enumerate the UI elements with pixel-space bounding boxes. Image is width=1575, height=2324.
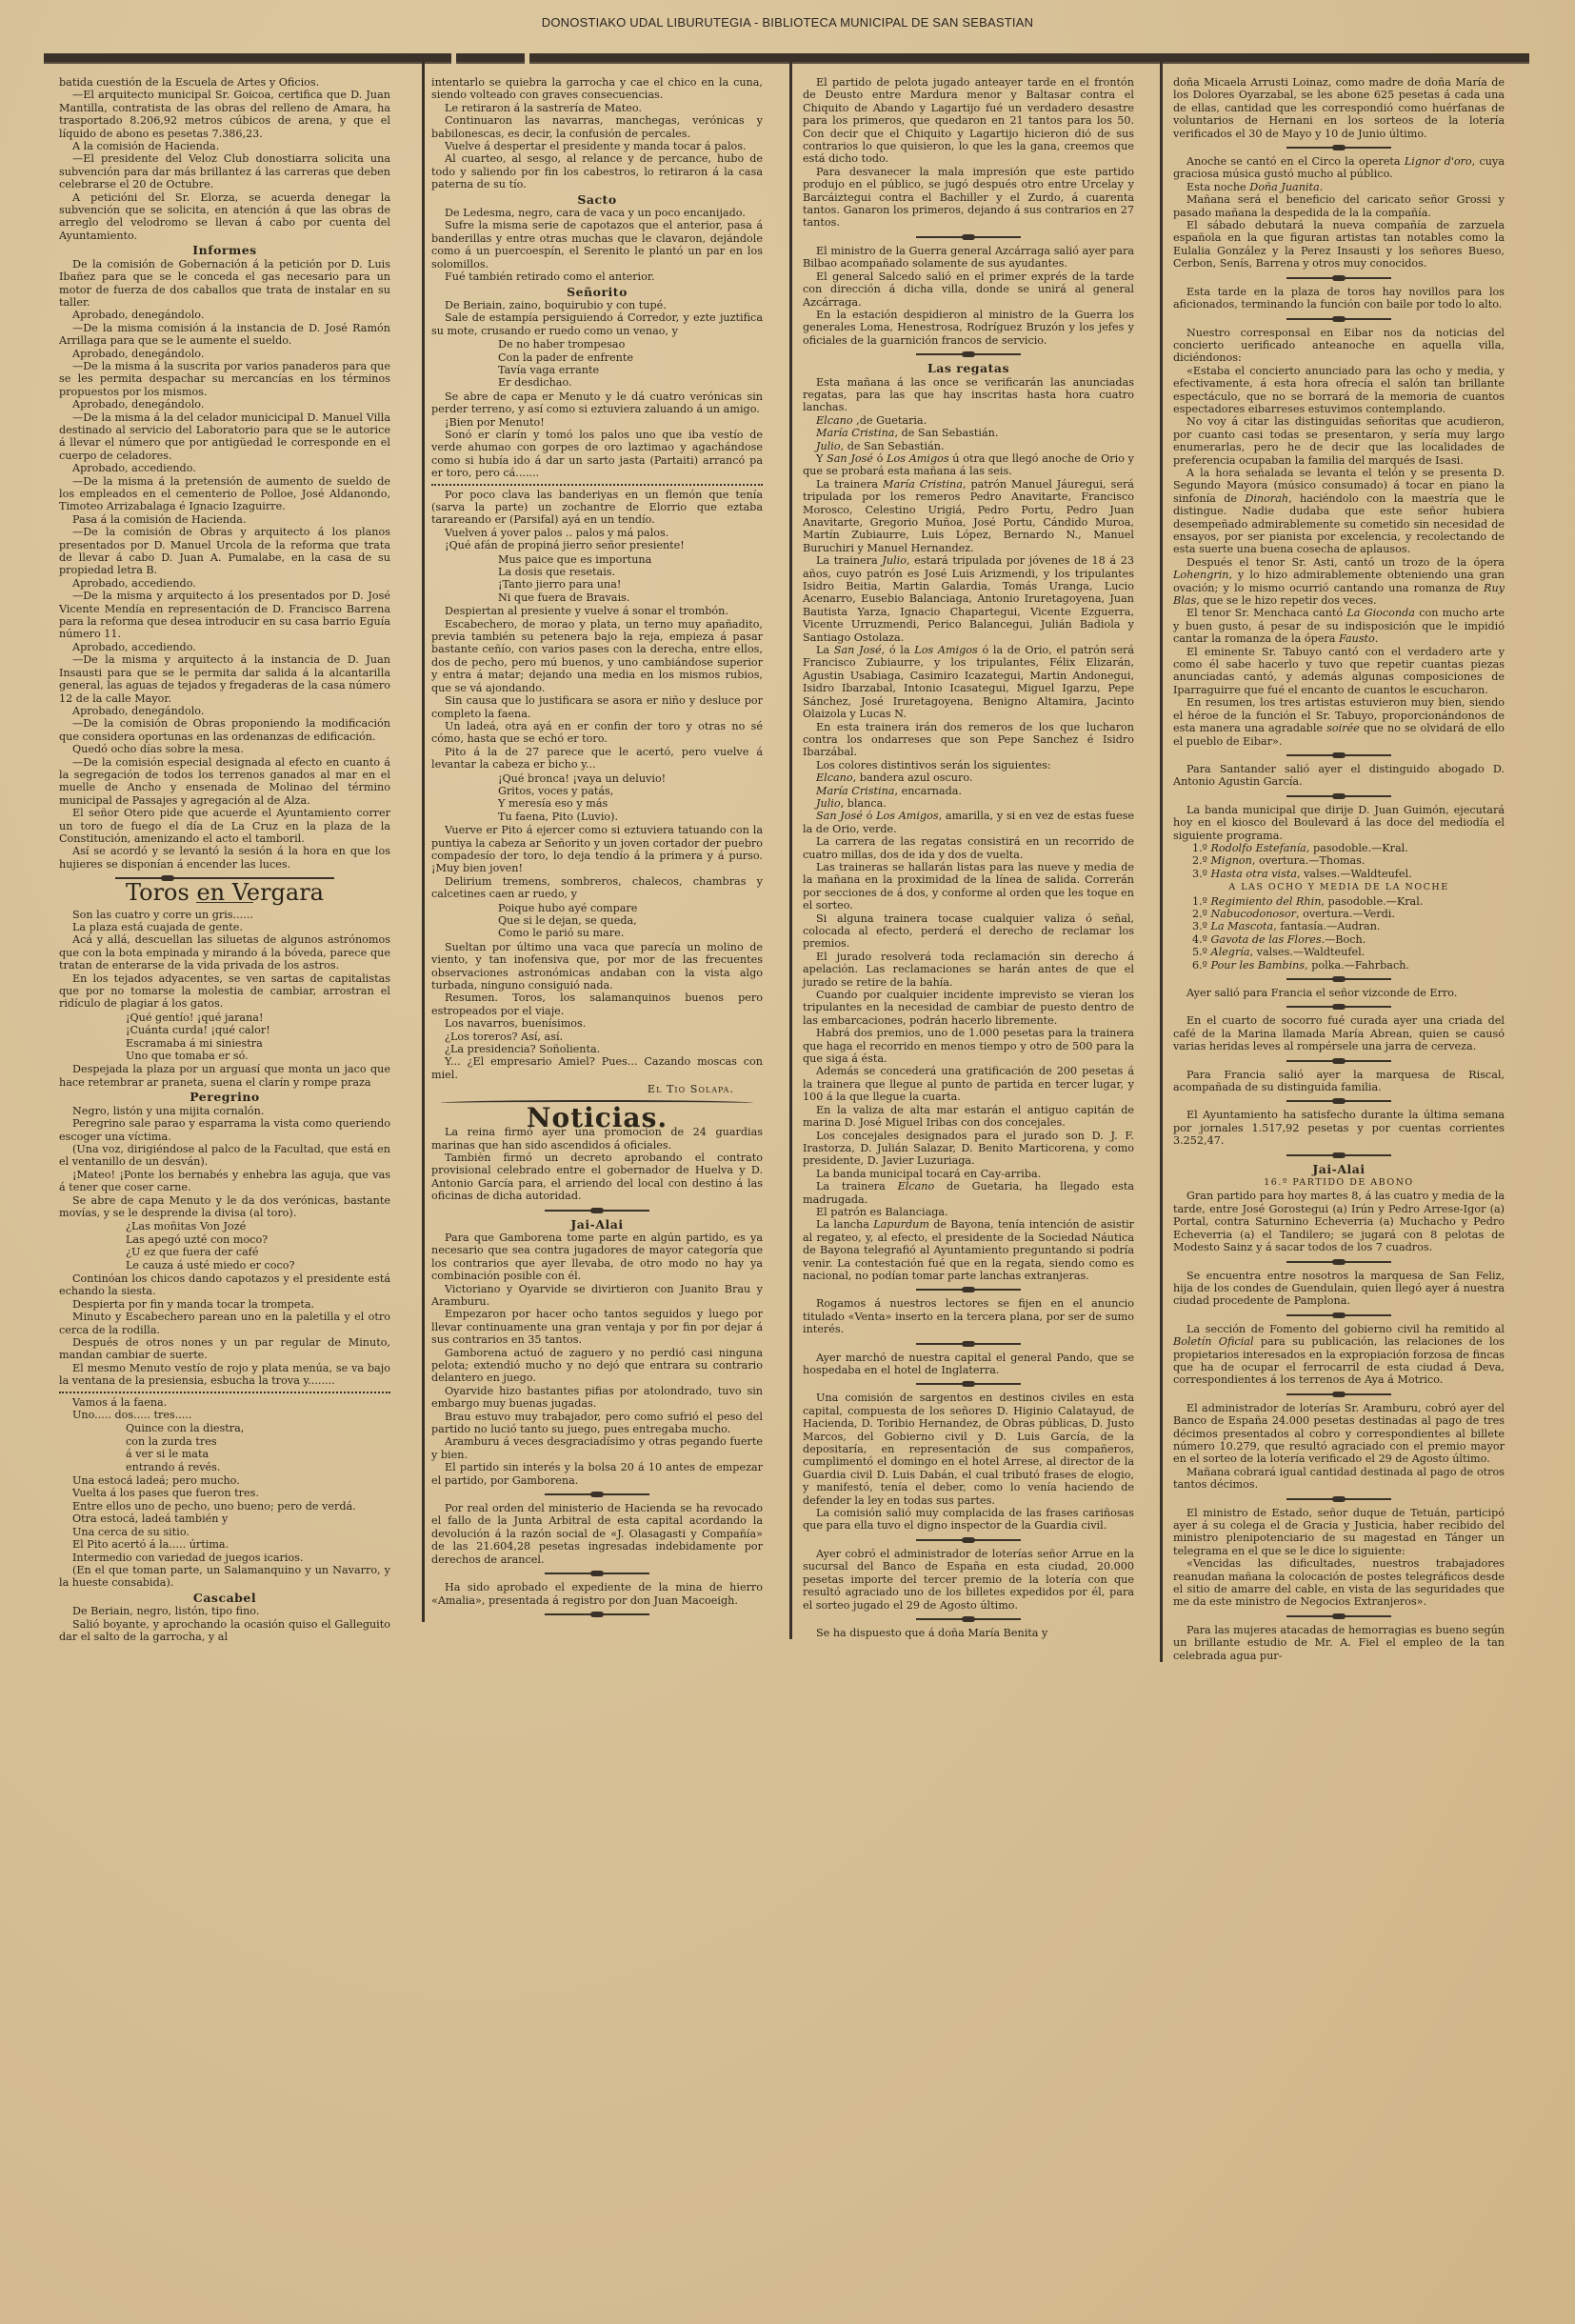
paragraph: Despiertan al presiente y vuelve á sonar…: [431, 605, 763, 617]
paragraph: Elcano ,de Guetaria.: [803, 414, 1134, 427]
paragraph: Escabechero, de morao y plata, un terno …: [431, 618, 763, 694]
paragraph: Delirium tremens, sombreros, chalecos, c…: [431, 875, 763, 901]
ornamental-separator: [1286, 1151, 1391, 1160]
column-4: doña Micaela Arrusti Loinaz, como madre …: [1173, 76, 1505, 1662]
paragraph: La trainera Elcano de Guetaria, ha llega…: [803, 1180, 1134, 1206]
ornamental-separator: [1286, 1096, 1391, 1106]
paragraph: El Ayuntamiento ha satisfecho durante la…: [1173, 1109, 1505, 1147]
paragraph: De Beriain, zaino, boquirubio y con tupé…: [431, 299, 763, 311]
paragraph: Vuelve á despertar el presidente y manda…: [431, 140, 763, 152]
paragraph: ¿Los toreros? Así, así.: [431, 1031, 763, 1043]
ornamental-separator: [916, 232, 1021, 242]
paragraph: Elcano, bandera azul oscuro.: [803, 771, 1134, 784]
paragraph: Sale de estampía persiguiendo á Corredor…: [431, 311, 763, 337]
program-subheading: 16.º PARTIDO DE ABONO: [1173, 1176, 1505, 1189]
column-divider: [789, 57, 792, 1639]
ornamental-separator: [916, 1535, 1021, 1545]
verse-line: Como le parió su mare.: [498, 927, 763, 939]
masthead-rule-right: [529, 53, 1529, 64]
program-piece-title: Pour les Bambins: [1211, 959, 1306, 972]
dotted-separator: [431, 484, 763, 486]
paragraph: Si alguna trainera tocase cualquier vali…: [803, 912, 1134, 951]
paragraph: Mañana será el beneficio del caricato se…: [1173, 193, 1505, 219]
verse-line: Escramaba á mi siniestra: [126, 1037, 390, 1050]
ornamental-separator: [916, 350, 1021, 359]
paragraph: De la comisión de Gobernación á la petic…: [59, 258, 390, 310]
paragraph: El sábado debutará la nueva compañía de …: [1173, 219, 1505, 270]
paragraph: Uno..... dos..... tres.....: [59, 1409, 390, 1421]
paragraph: Al cuarteo, al sesgo, al relance y de pe…: [431, 152, 763, 190]
ornamental-separator: [1286, 1612, 1391, 1621]
program-item: 2.º Mignon, overtura.—Thomas.: [1173, 854, 1505, 867]
verse-stanza: ¿Las moñitas Von JozéLas apegó uzté con …: [59, 1220, 390, 1272]
verse-line: entrando á revés.: [126, 1461, 390, 1473]
paragraph: Un ladeá, otra ayá en er confin der toro…: [431, 720, 763, 746]
verse-line: La dosis que resetais.: [498, 566, 763, 578]
paragraph: Los navarros, buenísimos.: [431, 1017, 763, 1030]
article-title: Toros en Vergara: [59, 887, 390, 899]
ornamental-separator: [1286, 1056, 1391, 1066]
program-piece-detail: , pasodoble.—Kral.: [1321, 895, 1423, 908]
paragraph: —De la misma á la suscrita por varios pa…: [59, 360, 390, 398]
program-number: 1.º: [1192, 895, 1211, 908]
paragraph: Julio, de San Sebastián.: [803, 440, 1134, 452]
paragraph: Tambièn firmó un decreto aprobando el co…: [431, 1152, 763, 1203]
paragraph: De Ledesma, negro, cara de vaca y un poc…: [431, 207, 763, 219]
paragraph: Nuestro corresponsal en Eibar nos da not…: [1173, 327, 1505, 365]
paragraph: —De la misma á la pretensión de aumento …: [59, 475, 390, 513]
paragraph: Sufre la misma serie de capotazos que el…: [431, 219, 763, 270]
paragraph: Habrá dos premios, uno de 1.000 pesetas …: [803, 1027, 1134, 1065]
paragraph: La carrera de las regatas consistirá en …: [803, 835, 1134, 861]
paragraph: Aprobado, denegándolo.: [59, 348, 390, 360]
program-piece-detail: , polka.—Fahrbach.: [1305, 959, 1409, 972]
ornamental-separator: [1286, 143, 1391, 152]
paragraph: Aprobado, denegándolo.: [59, 309, 390, 321]
verse-line: Quince con la diestra,: [126, 1422, 390, 1434]
program-item: 3.º Hasta otra vista, valses.—Waldteufel…: [1173, 868, 1505, 880]
paragraph: La trainera Julio, estará tripulada por …: [803, 554, 1134, 644]
concert-program-list: 1.º Regimiento del Rhin, pasodoble.—Kral…: [1173, 895, 1505, 972]
paragraph: Vuerve er Pito á ejercer como si eztuvie…: [431, 824, 763, 875]
verse-line: Con la pader de enfrente: [498, 351, 763, 364]
paragraph: Una comisión de sargentos en destinos ci…: [803, 1392, 1134, 1507]
paragraph: El Pito acertó á la..... úrtima.: [59, 1538, 390, 1551]
ornamental-separator: [1286, 751, 1391, 760]
ornamental-separator: [1286, 1390, 1391, 1399]
paragraph: El general Salcedo salió en el primer ex…: [803, 270, 1134, 309]
paragraph: La reina firmó ayer una promocion de 24 …: [431, 1126, 763, 1152]
paragraph: Para las mujeres atacadas de hemorragias…: [1173, 1624, 1505, 1662]
program-piece-title: Mignon: [1211, 854, 1252, 867]
paragraph: San José ó Los Amigos, amarilla, y si en…: [803, 810, 1134, 835]
verse-line: Le cauza á usté miedo er coco?: [126, 1259, 390, 1272]
verse-line: Las apegó uzté con moco?: [126, 1233, 390, 1246]
verse-line: con la zurda tres: [126, 1435, 390, 1448]
paragraph: Sonó er clarín y tomó los palos uno que …: [431, 429, 763, 480]
paragraph: (En el que toman parte, un Salamanquino …: [59, 1564, 390, 1590]
program-piece-detail: .—Boch.: [1322, 933, 1366, 946]
section-heading: Informes: [59, 244, 390, 256]
program-piece-title: Gavota de las Flores: [1211, 933, 1322, 946]
paragraph: La sección de Fomento del gobierno civil…: [1173, 1323, 1505, 1387]
paragraph: En esta trainera irán dos remeros de los…: [803, 721, 1134, 759]
verse-stanza: ¡Qué bronca! ¡vaya un deluvio!Gritos, vo…: [431, 772, 763, 824]
paragraph: Despierta por fin y manda tocar la tromp…: [59, 1298, 390, 1311]
paragraph: Sin causa que lo justificara se asora er…: [431, 694, 763, 720]
paragraph: El partido sin interés y la bolsa 20 á 1…: [431, 1461, 763, 1487]
paragraph: ¡Qué afán de propiná jierro señor presie…: [431, 539, 763, 551]
paragraph: A la comisión de Hacienda.: [59, 140, 390, 152]
paragraph: A peticióni del Sr. Elorza, se acuerda d…: [59, 191, 390, 243]
paragraph: El tenor Sr. Menchaca cantó La Gioconda …: [1173, 607, 1505, 645]
program-number: 3.º: [1192, 868, 1211, 880]
paragraph: Oyarvide hizo bastantes pifias por atolo…: [431, 1385, 763, 1411]
library-watermark: DONOSTIAKO UDAL LIBURUTEGIA - BIBLIOTECA…: [0, 15, 1575, 30]
paragraph: Vamos á la faena.: [59, 1396, 390, 1409]
paragraph: Minuto y Escabechero parean uno en la pa…: [59, 1311, 390, 1336]
paragraph: La San José, ó la Los Amigos ó la de Ori…: [803, 644, 1134, 720]
section-heading: Señorito: [431, 286, 763, 298]
verse-line: Mus paice que es importuna: [498, 553, 763, 566]
paragraph: —De la comisión de Obras y arquitecto á …: [59, 526, 390, 577]
article-title-block: Toros en Vergara: [59, 873, 390, 902]
program-piece-title: Rodolfo Estefanía: [1211, 842, 1306, 854]
author-signature: El Tio Solapa.: [431, 1083, 763, 1095]
paragraph: El patrón es Balanciaga.: [803, 1206, 1134, 1218]
paragraph: Por real orden del ministerio de Haciend…: [431, 1502, 763, 1566]
paragraph: Aprobado, denegándolo.: [59, 398, 390, 411]
verse-line: ¡Qué gentío! ¡qué jarana!: [126, 1012, 390, 1024]
paragraph: Continóan los chicos dando capotazos y e…: [59, 1272, 390, 1298]
ornamental-separator: [916, 1339, 1021, 1349]
paragraph: A la hora señalada se levanta el telón y…: [1173, 467, 1505, 556]
program-number: 6.º: [1192, 959, 1211, 972]
verse-line: á ver si le mata: [126, 1448, 390, 1460]
ornamental-separator: [1286, 273, 1391, 283]
paragraph: El administrador de loterías Sr. Arambur…: [1173, 1402, 1505, 1466]
paragraph: Sueltan por último una vaca que parecía …: [431, 941, 763, 992]
program-piece-title: La Mascota: [1211, 920, 1274, 932]
ornamental-separator: [1286, 791, 1391, 801]
paragraph: Ayer marchó de nuestra capital el genera…: [803, 1352, 1134, 1377]
ornamental-separator: [1286, 1494, 1391, 1504]
paragraph: Y San José ó Los Amigos ú otra que llegó…: [803, 452, 1134, 478]
paragraph: Cuando por cualquier incidente imprevist…: [803, 989, 1134, 1027]
program-number: 2.º: [1192, 908, 1211, 920]
paragraph: Salió boyante, y aprochando la ocasión q…: [59, 1618, 390, 1644]
paragraph: Pito á la de 27 parece que le acertó, pe…: [431, 746, 763, 771]
paragraph: ¿La presidencia? Soñolienta.: [431, 1043, 763, 1055]
program-number: 1.º: [1192, 842, 1211, 854]
paragraph: «Estaba el concierto anunciado para las …: [1173, 365, 1505, 416]
column-divider: [1160, 57, 1163, 1662]
paragraph: El señor Otero pide que acuerde el Ayunt…: [59, 807, 390, 845]
concert-program-list: 1.º Rodolfo Estefanía, pasodoble.—Kral.2…: [1173, 842, 1505, 880]
paragraph: Así se acordó y se levantó la sesión á l…: [59, 845, 390, 871]
paragraph: María Cristina, de San Sebastián.: [803, 427, 1134, 439]
verse-line: ¡Cuánta curda! ¡qué calor!: [126, 1024, 390, 1036]
program-item: 2.º Nabucodonosor, overtura.—Verdi.: [1173, 908, 1505, 920]
paragraph: Ayer salió para Francia el señor vizcond…: [1173, 987, 1505, 999]
paragraph: Vuelven á yover palos .. palos y má palo…: [431, 527, 763, 539]
paragraph: Resumen. Toros, los salamanquinos buenos…: [431, 992, 763, 1017]
masthead-rule-middle: [456, 53, 525, 64]
program-piece-title: Alegría: [1211, 946, 1250, 958]
ornamental-separator: [916, 1285, 1021, 1294]
paragraph: La lancha Lapurdum de Bayona, tenía inte…: [803, 1218, 1134, 1282]
column-1: batida cuestión de la Escuela de Artes y…: [59, 76, 390, 1643]
paragraph: Se abre de capa Menuto y le da dos verón…: [59, 1194, 390, 1220]
section-heading: Jai-Alai: [1173, 1163, 1505, 1175]
paragraph: Esta noche Doña Juanita.: [1173, 181, 1505, 193]
paragraph: —De la misma comisión á la instancia de …: [59, 322, 390, 348]
paragraph: Ha sido aprobado el expediente de la min…: [431, 1581, 763, 1607]
verse-stanza: De no haber trompesaoCon la pader de enf…: [431, 338, 763, 390]
paragraph: Para Santander salió ayer el distinguido…: [1173, 763, 1505, 789]
paragraph: Peregrino sale parao y esparrama la vist…: [59, 1117, 390, 1143]
column-2: intentarlo se quiebra la garrocha y cae …: [431, 76, 763, 1622]
verse-line: Que si le dejan, se queda,: [498, 914, 763, 927]
program-number: 4.º: [1192, 933, 1211, 946]
paragraph: En la valiza de alta mar estarán el anti…: [803, 1104, 1134, 1130]
paragraph: —El presidente del Veloz Club donostiarr…: [59, 152, 390, 190]
section-title-noticias: Noticias.: [431, 1112, 763, 1124]
ornamental-separator: [545, 1206, 649, 1215]
paragraph: Aprobado, accediendo.: [59, 462, 390, 474]
verse-stanza: Poique hubo ayé compareQue si le dejan, …: [431, 902, 763, 940]
program-piece-detail: , fantasía.—Audran.: [1273, 920, 1380, 932]
section-heading: Peregrino: [59, 1091, 390, 1103]
verse-line: Y meresía eso y más: [498, 797, 763, 810]
verse-line: Ni que fuera de Bravais.: [498, 591, 763, 604]
section-heading: Sacto: [431, 193, 763, 206]
verse-line: Gritos, voces y patás,: [498, 785, 763, 797]
paragraph: Rogamos á nuestros lectores se fijen en …: [803, 1297, 1134, 1335]
verse-line: Er desdichao.: [498, 376, 763, 389]
ornamental-separator: [1286, 1002, 1391, 1012]
paragraph: Los colores distintivos serán los siguie…: [803, 759, 1134, 771]
program-piece-detail: , valses.—Waldteufel.: [1250, 946, 1366, 958]
paragraph: Gran partido para hoy martes 8, á las cu…: [1173, 1190, 1505, 1253]
paragraph: Ayer cobró el administrador de loterías …: [803, 1548, 1134, 1612]
paragraph: Los concejales designados para el jurado…: [803, 1130, 1134, 1168]
verse-line: ¡Tanto jierro para una!: [498, 578, 763, 591]
paragraph: Aprobado, accediendo.: [59, 577, 390, 590]
verse-line: De no haber trompesao: [498, 338, 763, 351]
paragraph: (Una voz, dirigiéndose al palco de la Fa…: [59, 1143, 390, 1169]
masthead-rule-left: [44, 53, 451, 64]
paragraph: Para desvanecer la mala impresión que es…: [803, 166, 1134, 230]
paragraph: Son las cuatro y corre un gris......: [59, 909, 390, 921]
verse-line: Uno que tomaba er só.: [126, 1050, 390, 1062]
paragraph: Entre ellos uno de pecho, uno bueno; per…: [59, 1500, 390, 1513]
verse-line: Poique hubo ayé compare: [498, 902, 763, 914]
verse-line: ¿Las moñitas Von Jozé: [126, 1220, 390, 1232]
program-piece-title: Nabucodonosor: [1211, 908, 1297, 920]
paragraph: De Beriain, negro, listón, tipo fino.: [59, 1605, 390, 1617]
program-piece-detail: , overtura.—Verdi.: [1296, 908, 1395, 920]
program-item: 6.º Pour les Bambins, polka.—Fahrbach.: [1173, 959, 1505, 972]
program-number: 5.º: [1192, 946, 1211, 958]
paragraph: En el cuarto de socorro fué curada ayer …: [1173, 1014, 1505, 1052]
paragraph: Intermedio con variedad de juegos icario…: [59, 1552, 390, 1564]
verse-line: ¡Qué bronca! ¡vaya un deluvio!: [498, 772, 763, 785]
paragraph: María Cristina, encarnada.: [803, 785, 1134, 797]
paragraph: Aprobado, denegándolo.: [59, 705, 390, 717]
paragraph: Se ha dispuesto que á doña María Benita …: [803, 1627, 1134, 1639]
paragraph: «Vencidas las dificultades, nuestros tra…: [1173, 1557, 1505, 1609]
paragraph: El mesmo Menuto vestío de rojo y plata m…: [59, 1362, 390, 1388]
ornamental-separator: [115, 873, 334, 883]
paragraph: Para Francia salió ayer la marquesa de R…: [1173, 1069, 1505, 1094]
paragraph: Y... ¿El empresario Amiel? Pues... Cazan…: [431, 1055, 763, 1081]
paragraph: Después de otros nones y un par regular …: [59, 1336, 390, 1362]
ornamental-separator: [1286, 974, 1391, 984]
paragraph: Le retiraron á la sastrería de Mateo.: [431, 102, 763, 114]
paragraph: Una cerca de su sitio.: [59, 1526, 390, 1538]
paragraph: Después el tenor Sr. Asti, cantó un troz…: [1173, 556, 1505, 608]
program-item: 5.º Alegría, valses.—Waldteufel.: [1173, 946, 1505, 958]
paragraph: La banda municipal tocará en Cay-arriba.: [803, 1168, 1134, 1180]
paragraph: Acá y allá, descuellan las siluetas de a…: [59, 933, 390, 972]
paragraph: —De la misma y arquitecto á los presenta…: [59, 590, 390, 641]
paragraph: La plaza está cuajada de gente.: [59, 921, 390, 933]
verse-stanza: ¡Qué gentío! ¡qué jarana!¡Cuánta curda! …: [59, 1012, 390, 1063]
paragraph: El eminente Sr. Tabuyo cantó con el verd…: [1173, 646, 1505, 697]
paragraph: La banda municipal que dirije D. Juan Gu…: [1173, 804, 1505, 842]
paragraph: Fué también retirado como el anterior.: [431, 270, 763, 283]
paragraph: Además se concederá una gratificación de…: [803, 1065, 1134, 1103]
paragraph: doña Micaela Arrusti Loinaz, como madre …: [1173, 76, 1505, 140]
paragraph: Una estocá ladeá; pero mucho.: [59, 1474, 390, 1487]
paragraph: intentarlo se quiebra la garrocha y cae …: [431, 76, 763, 102]
paragraph: Brau estuvo muy trabajador, pero como su…: [431, 1411, 763, 1436]
paragraph: Se abre de capa er Menuto y le dá cuatro…: [431, 391, 763, 416]
ornamental-separator: [1286, 1311, 1391, 1320]
paragraph: —El arquitecto municipal Sr. Goicoa, cer…: [59, 89, 390, 140]
ornamental-separator: [1286, 1257, 1391, 1267]
ornamental-separator: [1286, 314, 1391, 324]
paragraph: Esta mañana á las once se verificarán la…: [803, 376, 1134, 414]
paragraph: —De la comisión especial designada al ef…: [59, 756, 390, 808]
ornamental-separator: [916, 1614, 1021, 1624]
paragraph: ¡Bien por Menuto!: [431, 416, 763, 429]
ornamental-separator: [916, 1379, 1021, 1389]
section-heading: Cascabel: [59, 1592, 390, 1604]
program-piece-title: Hasta otra vista: [1211, 868, 1298, 880]
verse-line: Tavía vaga errante: [498, 364, 763, 376]
paragraph: Se encuentra entre nosotros la marquesa …: [1173, 1270, 1505, 1308]
program-item: 3.º La Mascota, fantasía.—Audran.: [1173, 920, 1505, 932]
paragraph: Empezaron por hacer ocho tantos seguidos…: [431, 1308, 763, 1346]
paragraph: Aramburu á veces desgraciadísimo y otras…: [431, 1435, 763, 1461]
program-subheading: A LAS OCHO Y MEDIA DE LA NOCHE: [1173, 881, 1505, 893]
paragraph: Por poco clava las banderiyas en un flem…: [431, 489, 763, 527]
paragraph: Esta tarde en la plaza de toros hay novi…: [1173, 286, 1505, 311]
paragraph: El partido de pelota jugado anteayer tar…: [803, 76, 1134, 166]
verse-line: Tu faena, Pito (Luvio).: [498, 811, 763, 823]
verse-line: ¿U ez que fuera der café: [126, 1246, 390, 1258]
paragraph: La comisión salió muy complacida de las …: [803, 1507, 1134, 1533]
paragraph: Despejada la plaza por un arguasí que mo…: [59, 1063, 390, 1089]
program-piece-detail: , pasodoble.—Kral.: [1306, 842, 1408, 854]
section-heading: Las regatas: [803, 362, 1134, 374]
paragraph: En resumen, los tres artistas estuvieron…: [1173, 696, 1505, 748]
paragraph: Para que Gamborena tome parte en algún p…: [431, 1232, 763, 1283]
paragraph: Continuaron las navarras, manchegas, ver…: [431, 114, 763, 140]
column-divider: [422, 57, 425, 1622]
paragraph: En los tejados adyacentes, se ven sartas…: [59, 972, 390, 1011]
program-item: 1.º Regimiento del Rhin, pasodoble.—Kral…: [1173, 895, 1505, 908]
paragraph: —De la misma y arquitecto á la instancia…: [59, 653, 390, 705]
program-number: 2.º: [1192, 854, 1211, 867]
ornamental-separator: [545, 1490, 649, 1499]
paragraph: —De la comisión de Obras proponiendo la …: [59, 717, 390, 743]
paragraph: El jurado resolverá toda reclamación sin…: [803, 951, 1134, 989]
paragraph: No voy á citar las distinguidas señorita…: [1173, 415, 1505, 467]
newspaper-page: DONOSTIAKO UDAL LIBURUTEGIA - BIBLIOTECA…: [0, 0, 1575, 2324]
column-3: El partido de pelota jugado anteayer tar…: [803, 76, 1134, 1639]
program-number: 3.º: [1192, 920, 1211, 932]
program-piece-detail: , overtura.—Thomas.: [1252, 854, 1366, 867]
paragraph: batida cuestión de la Escuela de Artes y…: [59, 76, 390, 89]
program-item: 4.º Gavota de las Flores.—Boch.: [1173, 933, 1505, 946]
paragraph: Vuelta á los pases que fueron tres.: [59, 1487, 390, 1499]
paragraph: —De la misma á la del celador municicipa…: [59, 411, 390, 463]
section-heading: Jai-Alai: [431, 1218, 763, 1231]
paragraph: Aprobado, accediendo.: [59, 641, 390, 653]
paragraph: En la estación despidieron al ministro d…: [803, 309, 1134, 347]
paragraph: Otra estocá, ladeá también y: [59, 1513, 390, 1525]
paragraph: El ministro de la Guerra general Azcárra…: [803, 245, 1134, 270]
paragraph: Quedó ocho días sobre la mesa.: [59, 743, 390, 755]
paragraph: Gamborena actuó de zaguero y no perdió c…: [431, 1347, 763, 1385]
paragraph: La trainera María Cristina, patrón Manue…: [803, 478, 1134, 554]
paragraph: Victoriano y Oyarvide se divirtieron con…: [431, 1283, 763, 1309]
program-piece-detail: , valses.—Waldteufel.: [1297, 868, 1412, 880]
paragraph: El ministro de Estado, señor duque de Te…: [1173, 1507, 1505, 1558]
paragraph: Negro, listón y una mijita cornalón.: [59, 1105, 390, 1117]
program-item: 1.º Rodolfo Estefanía, pasodoble.—Kral.: [1173, 842, 1505, 854]
program-piece-title: Regimiento del Rhin: [1211, 895, 1322, 908]
dotted-separator: [59, 1392, 390, 1393]
paragraph: Mañana cobrará igual cantidad destinada …: [1173, 1466, 1505, 1492]
paragraph: ¡Mateo! ¡Ponte los bernabés y enhebra la…: [59, 1169, 390, 1194]
verse-stanza: Mus paice que es importunaLa dosis que r…: [431, 553, 763, 605]
paragraph: Pasa á la comisión de Hacienda.: [59, 513, 390, 526]
paragraph: Las traineras se hallarán listas para la…: [803, 861, 1134, 912]
ornamental-separator: [545, 1610, 649, 1619]
ornamental-separator: [545, 1569, 649, 1578]
paragraph: Julio, blanca.: [803, 797, 1134, 810]
paragraph: Anoche se cantó en el Circo la opereta L…: [1173, 155, 1505, 181]
verse-stanza: Quince con la diestra,con la zurda tresá…: [59, 1422, 390, 1473]
